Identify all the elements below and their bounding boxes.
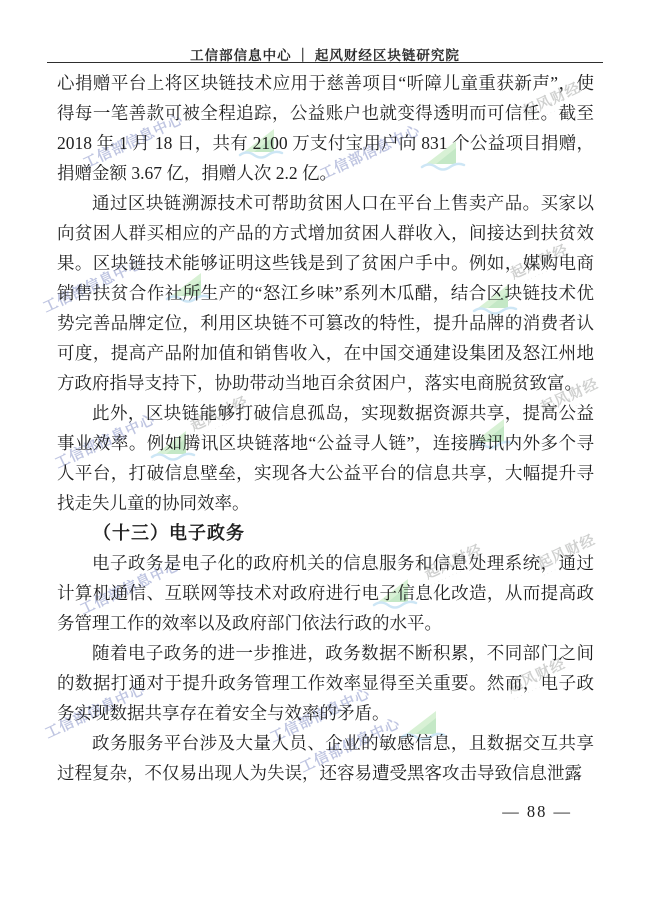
paragraph: 电子政务是电子化的政府机关的信息服务和信息处理系统，通过计算机通信、互联网等技术… [57, 548, 594, 638]
text-line: 通过区块链溯源技术可帮助贫困人口在平台上售卖产品。买家以 [57, 188, 594, 218]
paragraph: 心捐赠平台上将区块链技术应用于慈善项目“听障儿童重获新声”，使得每一笔善款可被全… [57, 68, 594, 188]
text-line: 2018 年 1 月 18 日，共有 2100 万支付宝用户向 831 个公益项… [57, 128, 594, 158]
page-header-title: 工信部信息中心 ｜ 起风财经区块链研究院 [0, 44, 650, 64]
text-line: 电子政务是电子化的政府机关的信息服务和信息处理系统，通过 [57, 548, 594, 578]
text-line: （十三）电子政务 [57, 518, 594, 548]
text-line: 销售扶贫合作社所生产的“怒江乡味”系列木瓜醋，结合区块链技术优 [57, 278, 594, 308]
text-line: 计算机通信、互联网等技术对政府进行电子信息化改造，从而提高政 [57, 578, 594, 608]
text-line: 找走失儿童的协同效率。 [57, 488, 594, 518]
page-number: — 88 — [502, 802, 572, 822]
section-heading: （十三）电子政务 [57, 518, 594, 548]
document-body: 心捐赠平台上将区块链技术应用于慈善项目“听障儿童重获新声”，使得每一笔善款可被全… [57, 68, 594, 788]
text-line: 心捐赠平台上将区块链技术应用于慈善项目“听障儿童重获新声”，使 [57, 68, 594, 98]
paragraph: 政务服务平台涉及大量人员、企业的敏感信息，且数据交互共享过程复杂，不仅易出现人为… [57, 728, 594, 788]
header-divider [47, 62, 603, 63]
text-line: 方政府指导支持下，协助带动当地百余贫困户，落实电商脱贫致富。 [57, 368, 594, 398]
paragraph: 此外，区块链能够打破信息孤岛，实现数据资源共享，提高公益事业效率。例如腾讯区块链… [57, 398, 594, 518]
paragraph: 通过区块链溯源技术可帮助贫困人口在平台上售卖产品。买家以向贫困人群买相应的产品的… [57, 188, 594, 398]
document-page: 工信部信息中心工信部信息中心起风财经··········工信部信息中心起风财经·… [0, 0, 650, 919]
text-line: 的数据打通对于提升政务管理工作效率显得至关重要。然而，电子政 [57, 668, 594, 698]
text-line: 果。区块链技术能够证明这些钱是到了贫困户手中。例如，媒购电商 [57, 248, 594, 278]
paragraph: 随着电子政务的进一步推进，政务数据不断积累，不同部门之间的数据打通对于提升政务管… [57, 638, 594, 728]
text-line: 随着电子政务的进一步推进，政务数据不断积累，不同部门之间 [57, 638, 594, 668]
text-line: 人平台，打破信息壁垒，实现各大公益平台的信息共享，大幅提升寻 [57, 458, 594, 488]
text-line: 务实现数据共享存在着安全与效率的矛盾。 [57, 698, 594, 728]
text-line: 政务服务平台涉及大量人员、企业的敏感信息，且数据交互共享 [57, 728, 594, 758]
text-line: 得每一笔善款可被全程追踪，公益账户也就变得透明而可信任。截至 [57, 98, 594, 128]
text-line: 过程复杂，不仅易出现人为失误，还容易遭受黑客攻击导致信息泄露 [57, 758, 594, 788]
text-line: 捐赠金额 3.67 亿，捐赠人次 2.2 亿。 [57, 158, 594, 188]
text-line: 务管理工作的效率以及政府部门依法行政的水平。 [57, 608, 594, 638]
text-line: 势完善品牌定位，利用区块链不可篡改的特性，提升品牌的消费者认 [57, 308, 594, 338]
text-line: 此外，区块链能够打破信息孤岛，实现数据资源共享，提高公益 [57, 398, 594, 428]
text-line: 可度，提高产品附加值和销售收入，在中国交通建设集团及怒江州地 [57, 338, 594, 368]
text-line: 向贫困人群买相应的产品的方式增加贫困人群收入，间接达到扶贫效 [57, 218, 594, 248]
text-line: 事业效率。例如腾讯区块链落地“公益寻人链”，连接腾讯内外多个寻 [57, 428, 594, 458]
